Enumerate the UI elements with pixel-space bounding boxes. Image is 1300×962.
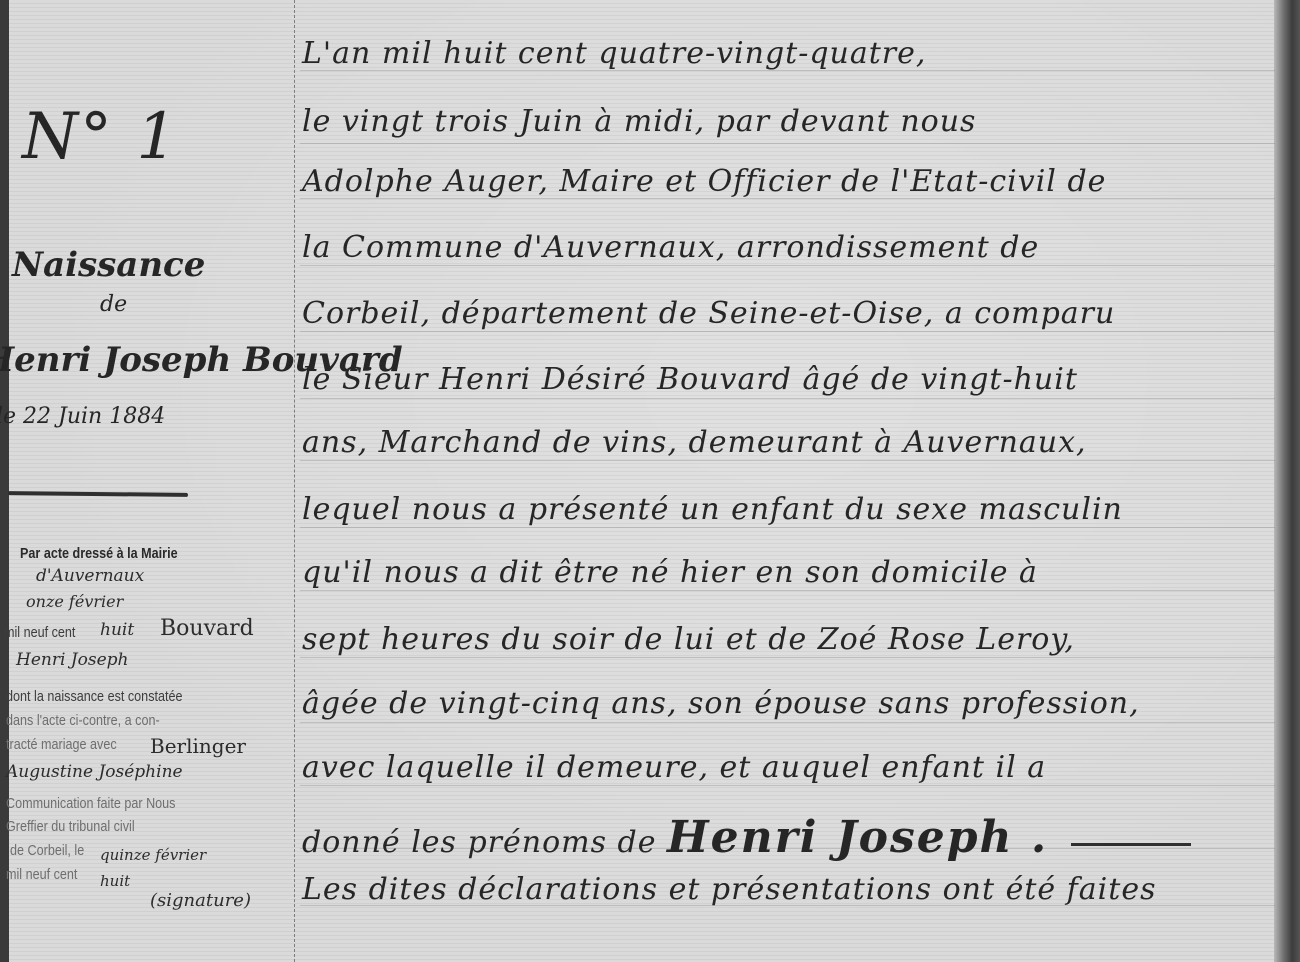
given-names: Henri Joseph . (667, 812, 1048, 863)
body-line-13: donné les prénoms de Henri Joseph . (302, 812, 1191, 863)
annotation-printed: Par acte dressé à la Mairie (20, 545, 178, 562)
line-filler-dash (1071, 843, 1191, 846)
body-line-1: L'an mil huit cent quatre-vingt-quatre, (302, 36, 926, 71)
register-page: N° 1 Naissance de Henri Joseph Bouvard l… (0, 0, 1300, 962)
ruled-line (300, 527, 1275, 528)
ruled-line (300, 657, 1275, 658)
body-line-2: le vingt trois Juin à midi, par devant n… (302, 104, 976, 139)
body-line-5: Corbeil, département de Seine-et-Oise, a… (302, 296, 1115, 331)
body-line-4: la Commune d'Auvernaux, arrondissement d… (302, 230, 1039, 265)
annotation-handwritten: huit (100, 872, 130, 890)
annotation-handwritten: d'Auvernaux (36, 566, 144, 586)
given-names-intro: donné les prénoms de (302, 825, 657, 860)
act-number: N° 1 (22, 100, 179, 174)
annotation-handwritten: Henri Joseph (16, 650, 128, 670)
annotation-handwritten: quinze février (100, 846, 206, 864)
margin-separator (8, 491, 188, 497)
body-line-3: Adolphe Auger, Maire et Officier de l'Et… (302, 164, 1106, 199)
body-line-6: le Sieur Henri Désiré Bouvard âgé de vin… (302, 362, 1078, 397)
book-gutter (1274, 0, 1300, 962)
annotation-handwritten: Bouvard (160, 616, 254, 641)
annotation-handwritten: Augustine Joséphine (6, 762, 183, 782)
ruled-line (300, 398, 1275, 399)
body-line-14: Les dites déclarations et présentations … (302, 872, 1156, 907)
annotation-printed: de Corbeil, le (10, 842, 84, 859)
annotation-handwritten: onze février (26, 592, 123, 611)
annotation-printed: Communication faite par Nous (6, 795, 175, 812)
annotation-printed: Greffier du tribunal civil (6, 818, 135, 835)
ruled-line (300, 590, 1275, 591)
body-line-12: avec laquelle il demeure, et auquel enfa… (302, 750, 1046, 785)
clerk-signature: (signature) (150, 890, 251, 911)
margin-title: Naissance (12, 245, 205, 285)
ruled-line (300, 785, 1275, 786)
ruled-line (300, 460, 1275, 461)
annotation-printed: mil neuf cent (6, 866, 77, 883)
body-line-9: qu'il nous a dit être né hier en son dom… (302, 555, 1038, 590)
body-line-11: âgée de vingt-cinq ans, son épouse sans … (302, 686, 1140, 721)
margin-rule (294, 0, 295, 962)
ruled-line (300, 331, 1275, 332)
body-line-7: ans, Marchand de vins, demeurant à Auver… (302, 425, 1087, 460)
body-line-10: sept heures du soir de lui et de Zoé Ros… (302, 622, 1075, 657)
margin-birth-date: le 22 Juin 1884 (0, 404, 165, 429)
annotation-printed: tracté mariage avec (6, 736, 117, 753)
ruled-line (300, 722, 1275, 723)
annotation-printed: dont la naissance est constatée (6, 688, 183, 705)
annotation-printed: dans l'acte ci-contre, a con- (6, 712, 160, 729)
annotation-printed: mil neuf cent (4, 624, 75, 641)
body-line-8: lequel nous a présenté un enfant du sexe… (302, 492, 1123, 527)
ruled-line (300, 143, 1275, 144)
ruled-line (300, 265, 1275, 266)
margin-de: de (100, 292, 127, 317)
annotation-handwritten: huit (100, 620, 134, 640)
annotation-handwritten: Berlinger (150, 734, 246, 758)
